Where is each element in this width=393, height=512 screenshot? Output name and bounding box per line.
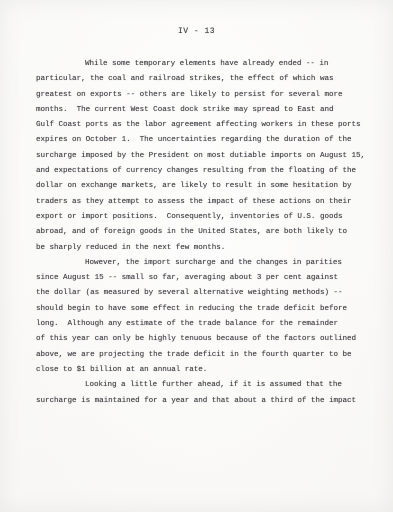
text-line: the dollar (as measured by several alter… — [36, 286, 371, 301]
text-line: However, the import surcharge and the ch… — [36, 256, 371, 271]
text-line: particular, the coal and railroad strike… — [36, 72, 371, 87]
text-line: and expectations of currency changes res… — [36, 164, 371, 179]
text-line: close to $1 billion at an annual rate. — [36, 363, 371, 378]
text-line: above, we are projecting the trade defic… — [36, 348, 371, 363]
text-line: traders as they attempt to assess the im… — [36, 195, 371, 210]
text-line: months. The current West Coast dock stri… — [36, 103, 371, 118]
text-line: since August 15 -- small so far, averagi… — [36, 271, 371, 286]
text-line: greatest on exports -- others are likely… — [36, 88, 371, 103]
text-line: expires on October 1. The uncertainties … — [36, 133, 371, 148]
text-line: While some temporary elements have alrea… — [36, 57, 371, 72]
text-line: be sharply reduced in the next few month… — [36, 241, 371, 256]
text-line: surcharge is maintained for a year and t… — [36, 394, 371, 409]
text-line: of this year can only be highly tenuous … — [36, 332, 371, 347]
text-line: export or import positions. Consequently… — [36, 210, 371, 225]
page-number: IV - 13 — [0, 27, 393, 36]
text-line: dollar on exchange markets, are likely t… — [36, 179, 371, 194]
document-body: While some temporary elements have alrea… — [36, 57, 371, 409]
text-line: should begin to have some effect in redu… — [36, 302, 371, 317]
text-line: Gulf Coast ports as the labor agreement … — [36, 118, 371, 133]
text-line: Looking a little further ahead, if it is… — [36, 378, 371, 393]
text-line: long. Although any estimate of the trade… — [36, 317, 371, 332]
scanned-document-page: IV - 13 While some temporary elements ha… — [0, 0, 393, 512]
text-line: abroad, and of foreign goods in the Unit… — [36, 225, 371, 240]
text-line: surcharge imposed by the President on mo… — [36, 149, 371, 164]
